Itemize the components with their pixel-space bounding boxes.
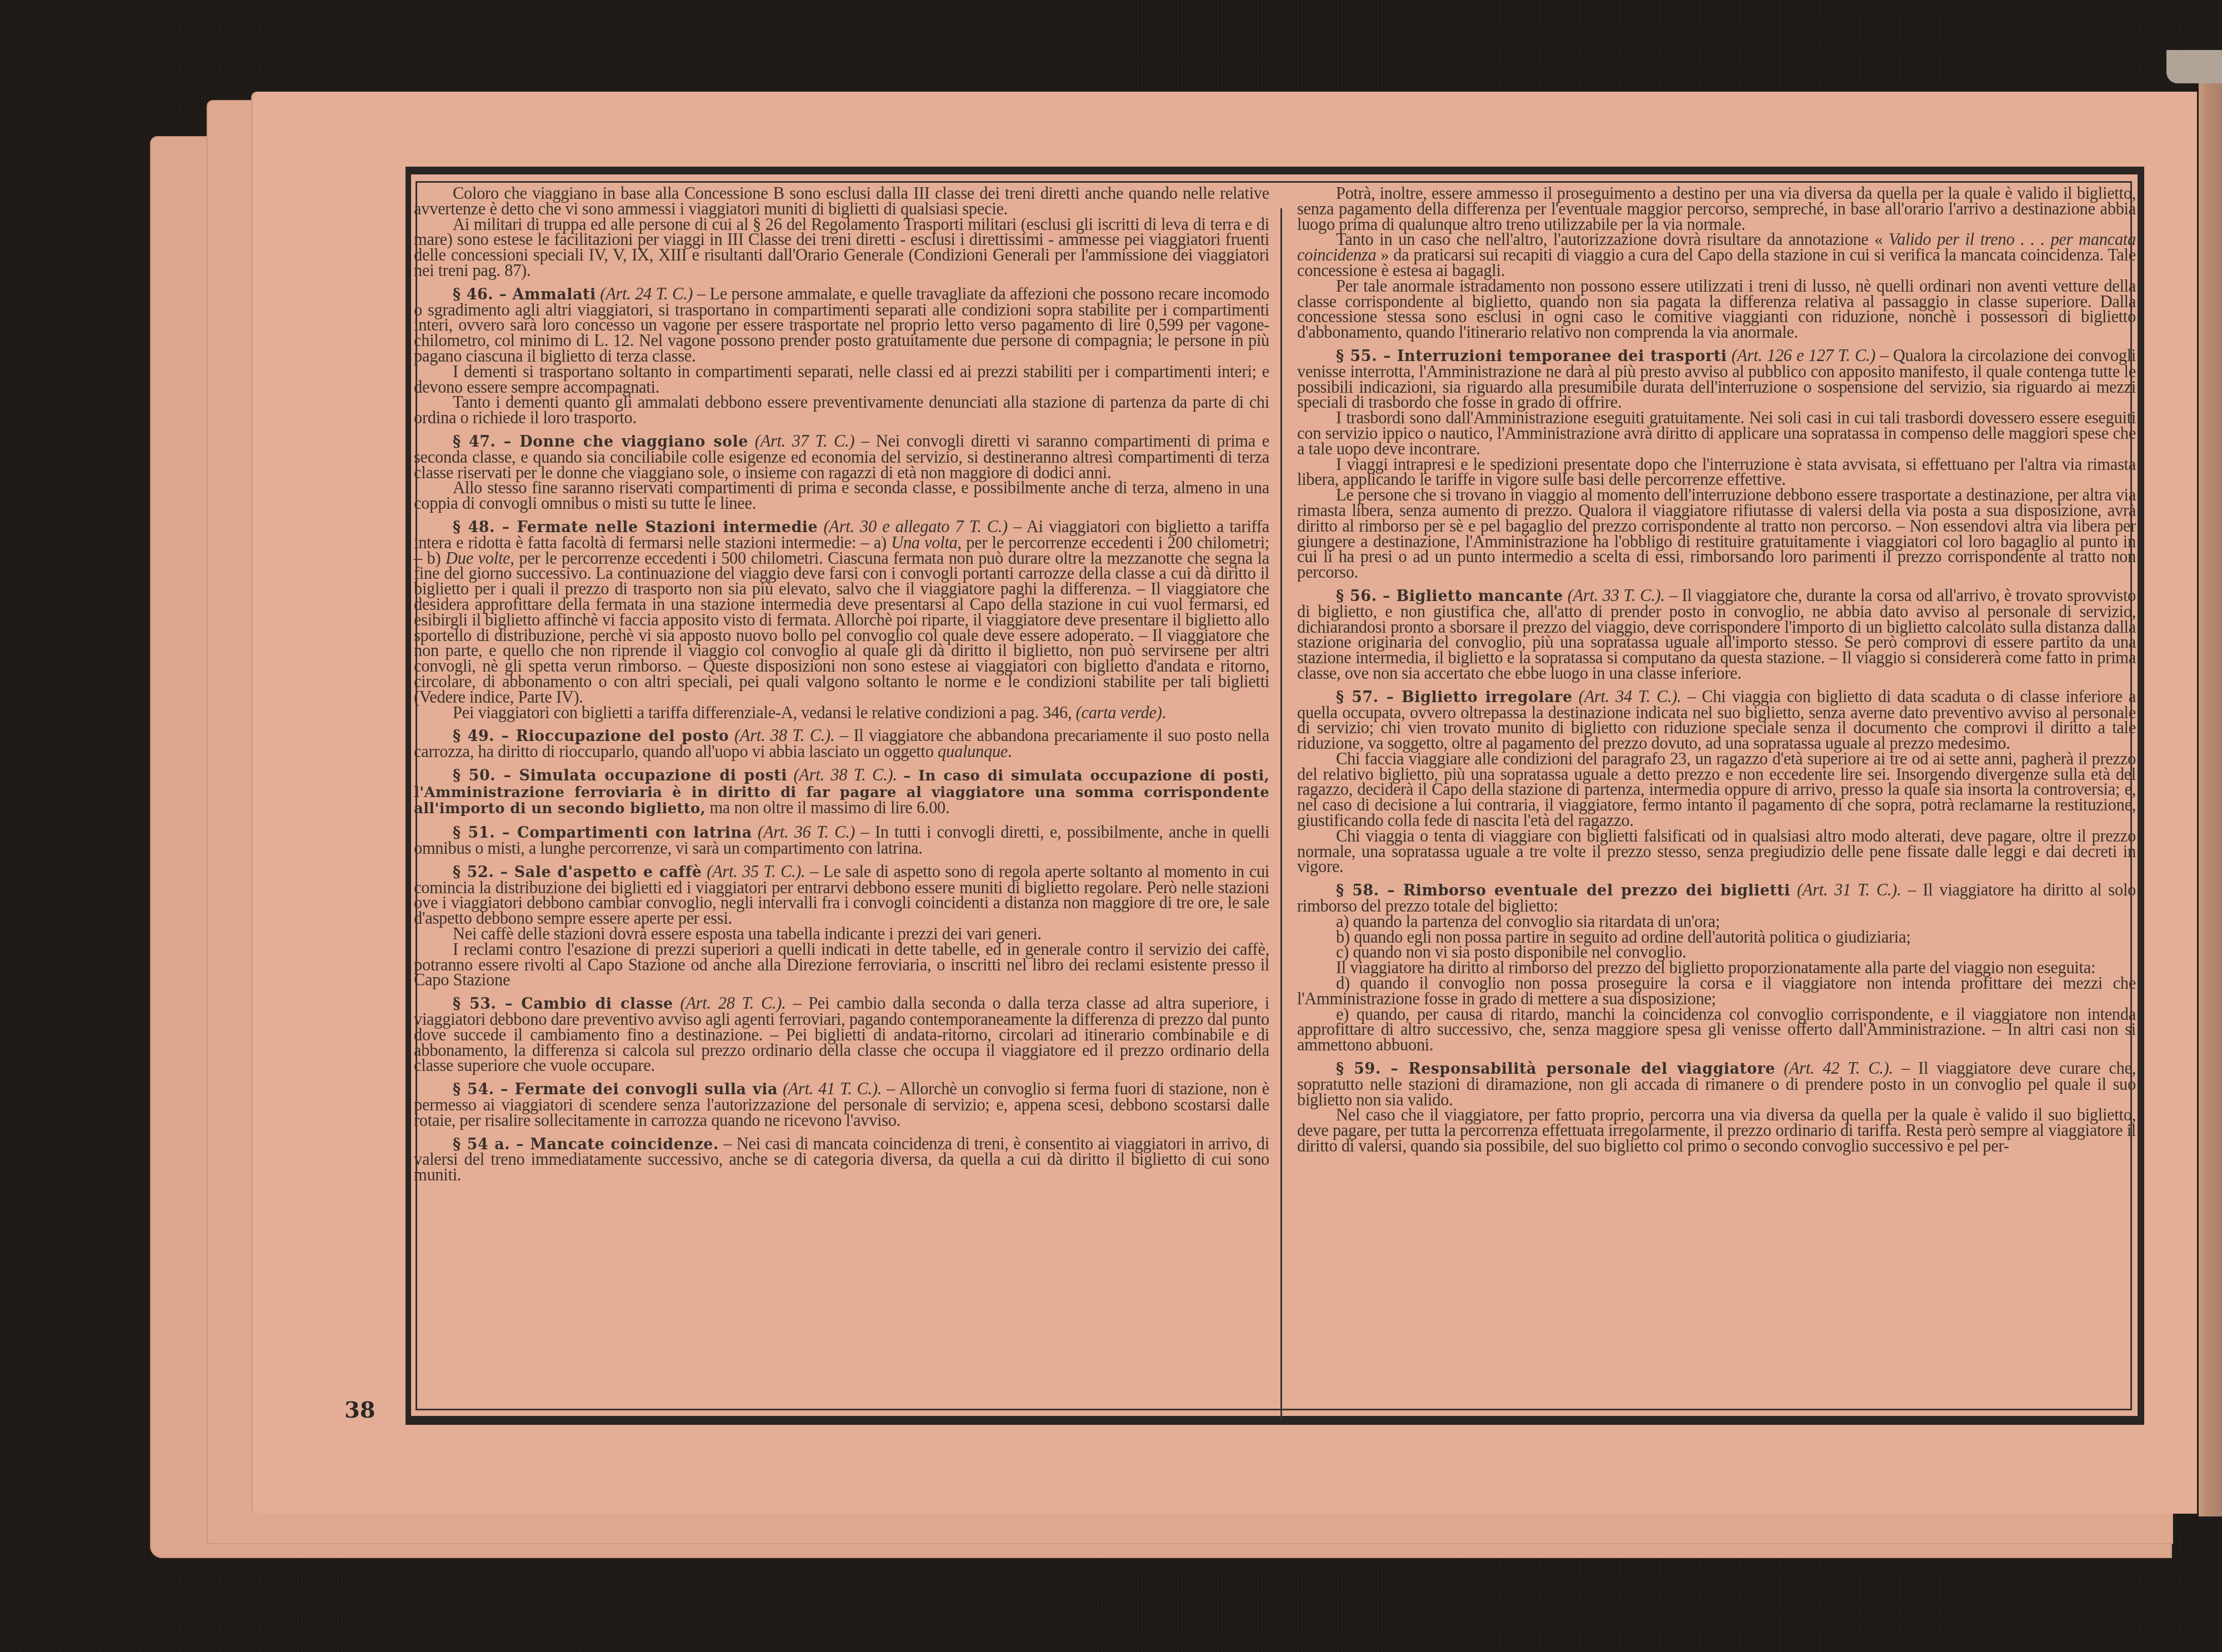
section-59: § 59. – Responsabilità personale del via… (1297, 1061, 2136, 1154)
intro-paragraph: » da praticarsi sui recapiti di viaggio … (1297, 246, 2136, 280)
intro-paragraph: Potrà, inoltre, essere ammesso il proseg… (1297, 186, 2136, 232)
section-53: § 53. – Cambio di classe (Art. 28 T. C.)… (414, 996, 1269, 1074)
section-paragraph: Nel caso che il viaggiatore, per fatto p… (1297, 1108, 2136, 1154)
section-paragraph: Chi faccia viaggiare alle condizioni del… (1297, 752, 2136, 829)
section-50: § 50. – Simulata occupazione di posti (A… (414, 768, 1269, 817)
punctuation: . (1008, 742, 1012, 761)
section-paragraph: Tanto i dementi quanto gli ammalati debb… (414, 395, 1269, 426)
section-52: § 52. – Sale d'aspetto e caffè (Art. 35 … (414, 864, 1269, 988)
column-divider (1280, 208, 1282, 1419)
page-number: 38 (344, 1397, 376, 1423)
section-55: § 55. – Interruzioni temporanee dei tras… (1297, 348, 2136, 580)
book-spine-edge (2199, 83, 2222, 1516)
right-column: Potrà, inoltre, essere ammesso il proseg… (1297, 186, 2136, 1154)
left-column: Coloro che viaggiano in base alla Conces… (414, 186, 1269, 1183)
intro-paragraph: Per tale anormale istradamento non posso… (1297, 279, 2136, 341)
section-body: ma non oltre il massimo di lire 6.00. (705, 798, 949, 817)
section-paragraph: I dementi si trasportano soltanto in com… (414, 364, 1269, 396)
section-paragraph: Pei viaggiatori con biglietti a tariffa … (453, 703, 1076, 722)
list-item: d) quando il convoglio non possa prosegu… (1297, 976, 2136, 1007)
section-46: § 46. – Ammalati (Art. 24 T. C.) – Le pe… (414, 287, 1269, 426)
article-reference: (Art. 38 T. C.). (793, 765, 897, 784)
section-51: § 51. – Compartimenti con latrina (Art. … (414, 825, 1269, 857)
list-item: e) quando, per causa di ritardo, manchi … (1297, 1007, 2136, 1053)
section-54: § 54. – Fermate dei convogli sulla via (… (414, 1082, 1269, 1128)
section-49: § 49. – Rioccupazione del posto (Art. 38… (414, 728, 1269, 760)
section-paragraph: I viaggi intrapresi e le spedizioni pres… (1297, 457, 2136, 488)
section-57: § 57. – Biglietto irregolare (Art. 34 T.… (1297, 689, 2136, 875)
section-47: § 47. – Donne che viaggiano sole (Art. 3… (414, 434, 1269, 512)
intro-paragraph: Ai militari di truppa ed alle persone di… (414, 217, 1269, 279)
emphasis: qualunque (938, 742, 1008, 761)
section-paragraph: I trasbordi sono dall'Amministrazione es… (1297, 411, 2136, 457)
section-paragraph: Le persone che si trovano in viaggio al … (1297, 488, 2136, 580)
section-56: § 56. – Biglietto mancante (Art. 33 T. C… (1297, 588, 2136, 682)
section-paragraph: Allo stesso fine saranno riservati compa… (414, 480, 1269, 512)
section-58: § 58. – Rimborso eventuale del prezzo de… (1297, 883, 2136, 1053)
article-reference: (Art. 31 T. C.). (1797, 880, 1901, 899)
emphasis: (carta verde) (1076, 703, 1162, 722)
punctuation: . (1162, 703, 1166, 722)
section-heading: § 50. – Simulata occupazione di posti (453, 767, 787, 784)
section-paragraph: Chi viaggia o tenta di viaggiare con big… (1297, 829, 2136, 875)
next-page-edge (2166, 50, 2222, 83)
section-54a: § 54 a. – Mancate coincidenze. – Nei cas… (414, 1137, 1269, 1183)
intro-paragraph: Coloro che viaggiano in base alla Conces… (414, 186, 1269, 217)
section-body: , per le percorrenze eccedenti i 500 chi… (414, 549, 1269, 707)
section-48: § 48. – Fermate nelle Stazioni intermedi… (414, 519, 1269, 720)
section-paragraph: I reclami contro l'esazione di prezzi su… (414, 942, 1269, 988)
